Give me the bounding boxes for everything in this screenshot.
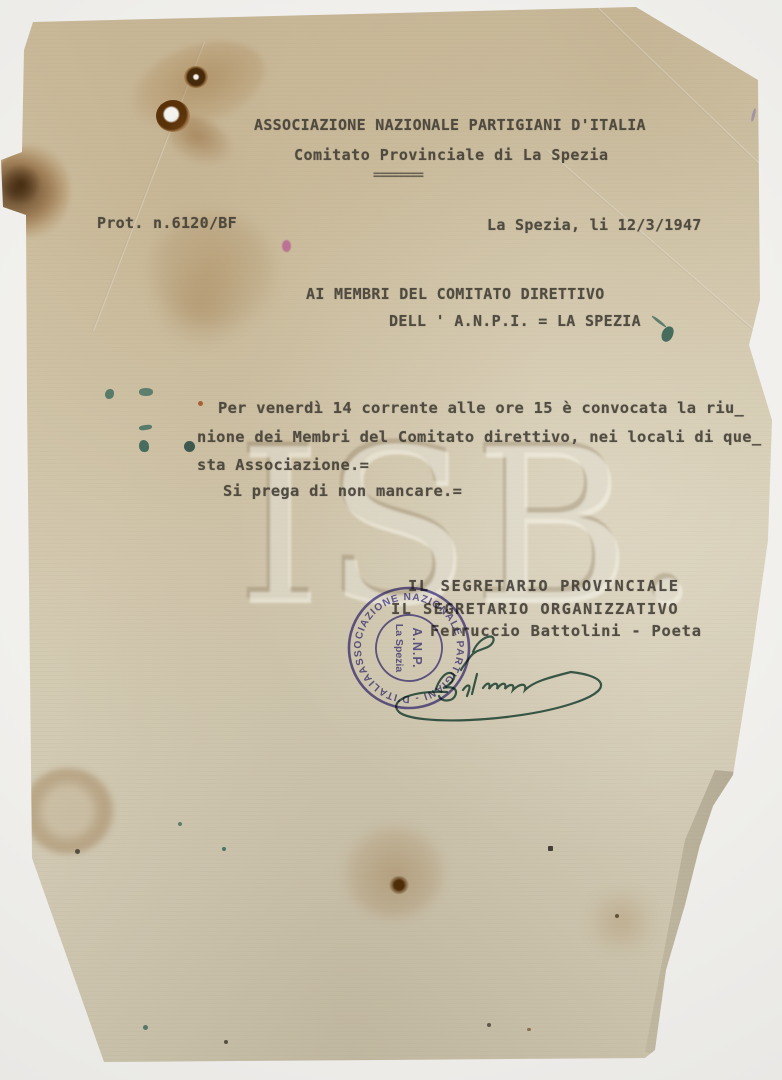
burn-stain: [0, 145, 70, 237]
ink-speck: [139, 440, 149, 452]
recipient-line-1: AI MEMBRI DEL COMITATO DIRETTIVO: [306, 285, 605, 303]
burn-stain: [2, 162, 40, 206]
ink-speck: [224, 1040, 228, 1044]
org-name-line: ASSOCIAZIONE NAZIONALE PARTIGIANI D'ITAL…: [254, 116, 646, 134]
header-divider: ========: [373, 168, 423, 182]
official-stamp: ASSOCIAZIONE NAZIONALE PARTIGIANI - D'IT…: [345, 584, 473, 712]
ink-speck: [184, 441, 195, 452]
recipient-line-2: DELL ' A.N.P.I. = LA SPEZIA: [389, 312, 641, 330]
committee-line: Comitato Provinciale di La Spezia: [294, 146, 609, 164]
ink-speck: [222, 847, 226, 851]
ink-speck: [615, 914, 619, 918]
paper-sheet: ISB. ASSOCIAZIONE NAZIONALE PARTIGIANI D…: [0, 0, 782, 1080]
body-line-2: nione dei Membri del Comitato direttivo,…: [197, 428, 761, 446]
body-line-4: Si prega di non mancare.=: [223, 482, 462, 500]
stamp-outer-ring: [345, 584, 473, 712]
ink-speck: [139, 424, 153, 431]
ink-speck: [139, 388, 153, 396]
burn-hole: [156, 100, 190, 132]
svg-text:ASSOCIAZIONE NAZIONALE PARTIGI: ASSOCIAZIONE NAZIONALE PARTIGIANI - D'IT…: [345, 584, 473, 712]
body-line-1: Per venerdì 14 corrente alle ore 15 è co…: [218, 399, 744, 417]
ink-blot: [389, 876, 409, 894]
water-stain: [582, 890, 660, 952]
ink-speck: [282, 240, 291, 252]
folded-edge: [640, 770, 740, 1065]
place-date: La Spezia, li 12/3/1947: [487, 216, 702, 234]
stamp-center-acronym: A.N.P.: [410, 627, 424, 668]
ink-speck: [178, 822, 182, 826]
scanned-letter: ISB. ASSOCIAZIONE NAZIONALE PARTIGIANI D…: [0, 0, 782, 1080]
ink-speck: [105, 389, 114, 399]
crease-line: [596, 6, 774, 178]
burn-stain: [159, 106, 242, 179]
water-stain: [150, 268, 250, 346]
protocol-number: Prot. n.6120/BF: [97, 214, 237, 232]
stamp-inner-ring: [364, 603, 454, 693]
stamp-center-place: La Spezia: [393, 624, 405, 673]
ink-speck: [487, 1023, 491, 1027]
ink-speck: [660, 325, 676, 344]
ink-speck: [198, 401, 203, 406]
water-stain: [342, 824, 444, 918]
ink-speck: [143, 1025, 148, 1030]
ink-speck: [651, 315, 667, 328]
stamp-ring-text: ASSOCIAZIONE NAZIONALE PARTIGIANI - D'IT…: [345, 584, 473, 712]
ink-speck: [548, 846, 553, 851]
crease-line: [92, 41, 205, 331]
ink-speck: [75, 849, 80, 854]
body-line-3: sta Associazione.=: [197, 456, 369, 474]
ink-speck: [527, 1028, 531, 1031]
water-stain: [22, 768, 114, 854]
ink-speck: [750, 108, 756, 122]
